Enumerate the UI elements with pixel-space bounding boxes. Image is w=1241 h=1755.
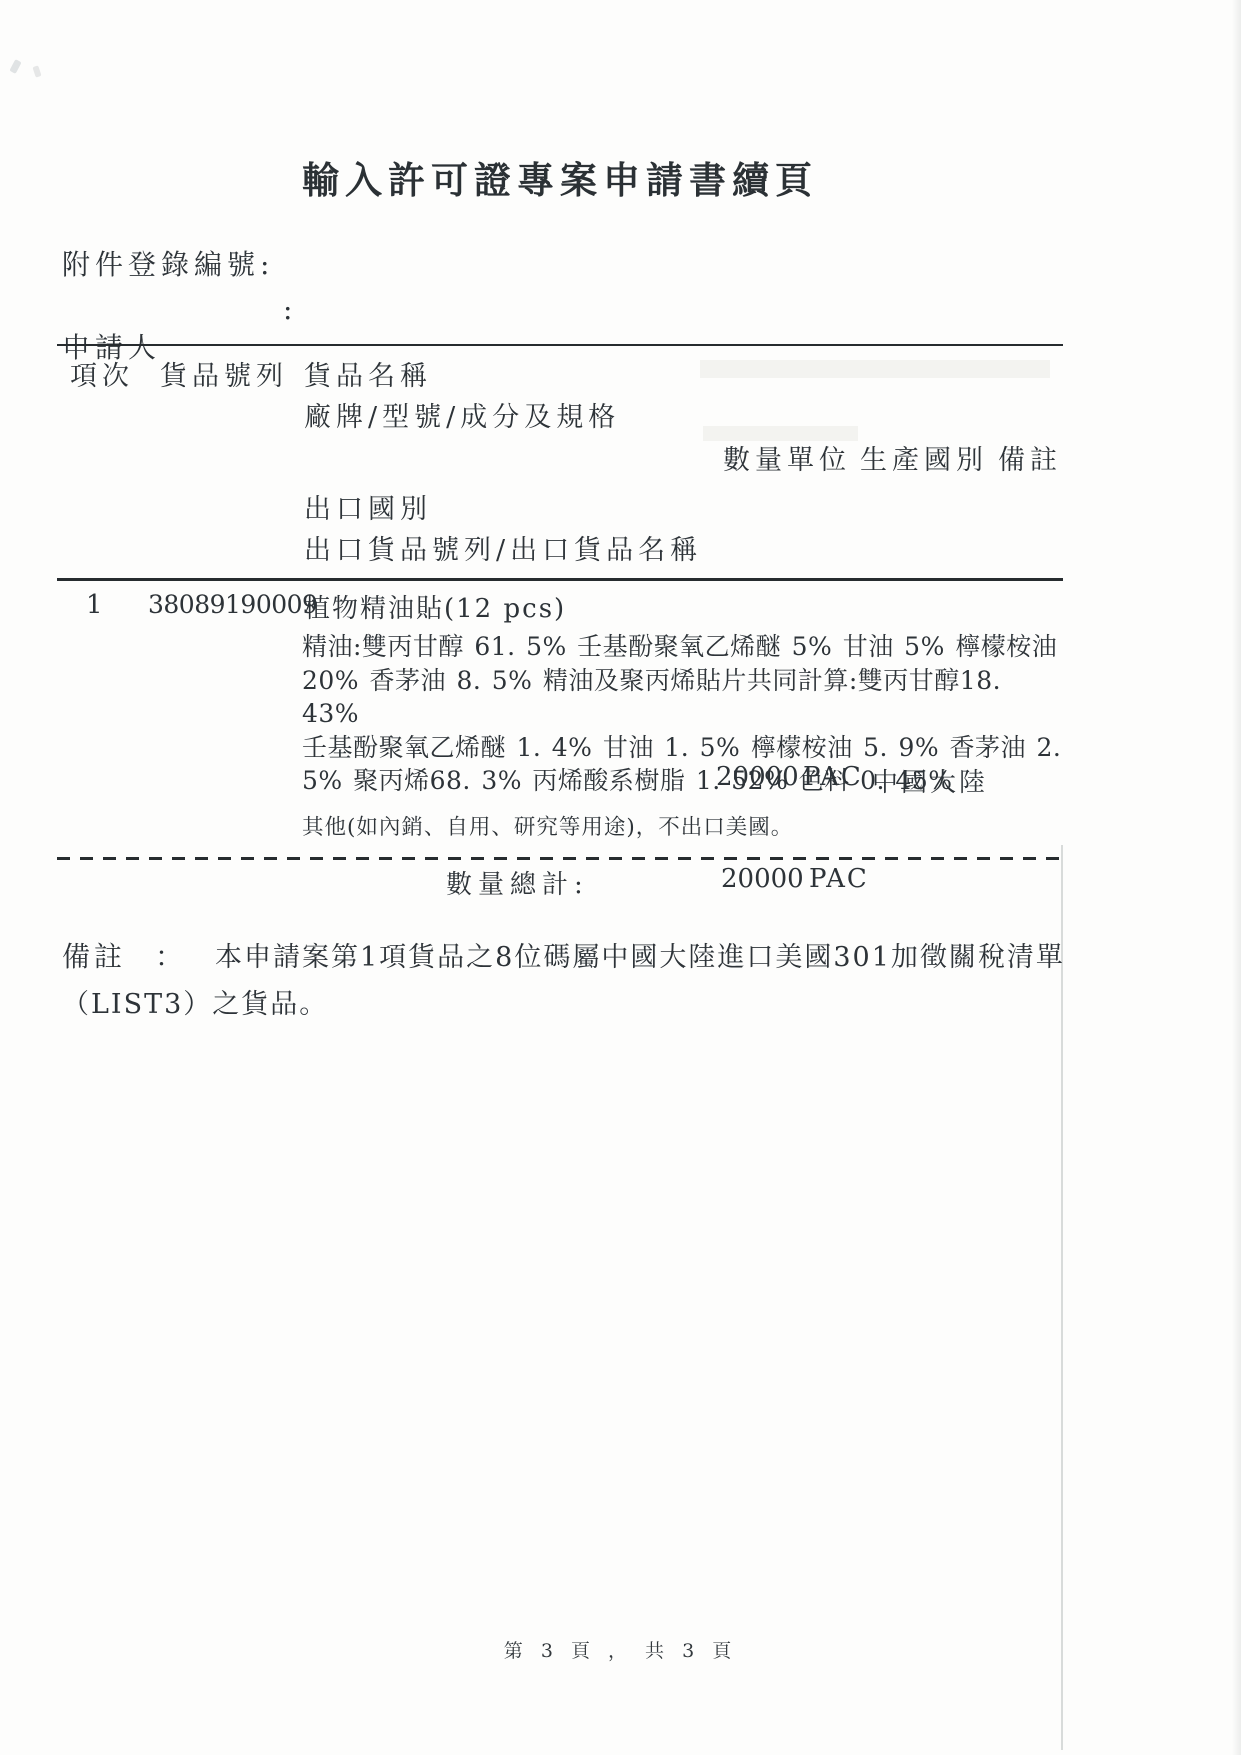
header-goods-name: 貨品名稱	[304, 354, 432, 393]
dashed-separator-rule	[57, 857, 1063, 860]
row-goods-name: 植物精油貼(12 pcs)	[304, 588, 566, 625]
remark-colon: ：	[155, 935, 183, 975]
row-goods-code: 38089190009	[148, 590, 317, 619]
scanned-import-permit-page: 輸入許可證專案申請書續頁 附件登錄編號: 申請人 : 項次 貨品號列 貨品名稱 …	[0, 0, 1241, 1755]
attachment-reg-no-label: 附件登錄編號:	[62, 243, 274, 283]
row-unit: PAC	[803, 762, 863, 792]
remark-text-line2: （LIST3）之貨品。	[62, 982, 328, 1021]
remark-text-line1: 本申請案第1項貨品之8位碼屬中國大陸進口美國301加徵關稅清單	[215, 935, 1065, 974]
header-production-country: 生產國別	[860, 438, 988, 477]
remark-label: 備註	[62, 935, 126, 975]
table-header-rule	[57, 578, 1063, 581]
header-remark: 備註	[998, 438, 1062, 477]
table-top-rule	[57, 344, 1063, 346]
header-item-no: 項次	[70, 354, 134, 393]
header-goods-code: 貨品號列	[160, 354, 288, 393]
header-export-goods: 出口貨品號列/出口貨品名稱	[304, 528, 702, 567]
page-number-footer: 第 3 頁 ， 共 3 頁	[0, 1636, 1241, 1663]
header-quantity-unit: 數量單位	[723, 438, 851, 477]
scan-smudge	[32, 65, 41, 77]
row-quantity: 20000	[716, 762, 799, 792]
total-quantity-unit: PAC	[806, 864, 872, 894]
scan-ghost-mark	[700, 360, 1050, 378]
row-production-country: 中國大陸	[872, 762, 988, 799]
scan-edge-shadow	[1232, 0, 1241, 1755]
header-export-country: 出口國別	[304, 487, 432, 526]
page-title: 輸入許可證專案申請書續頁	[0, 150, 1120, 204]
scan-smudge	[9, 59, 21, 74]
row-usage-note: 其他(如內銷、自用、研究等用途)，不出口美國。	[302, 810, 793, 841]
total-quantity-value: 20000	[718, 864, 807, 894]
applicant-colon: :	[283, 293, 297, 326]
scan-vertical-line	[1061, 845, 1063, 1750]
row-item-no: 1	[86, 590, 103, 620]
total-quantity-label: 數量總計:	[442, 864, 593, 901]
header-brand-model-spec: 廠牌/型號/成分及規格	[304, 395, 620, 434]
